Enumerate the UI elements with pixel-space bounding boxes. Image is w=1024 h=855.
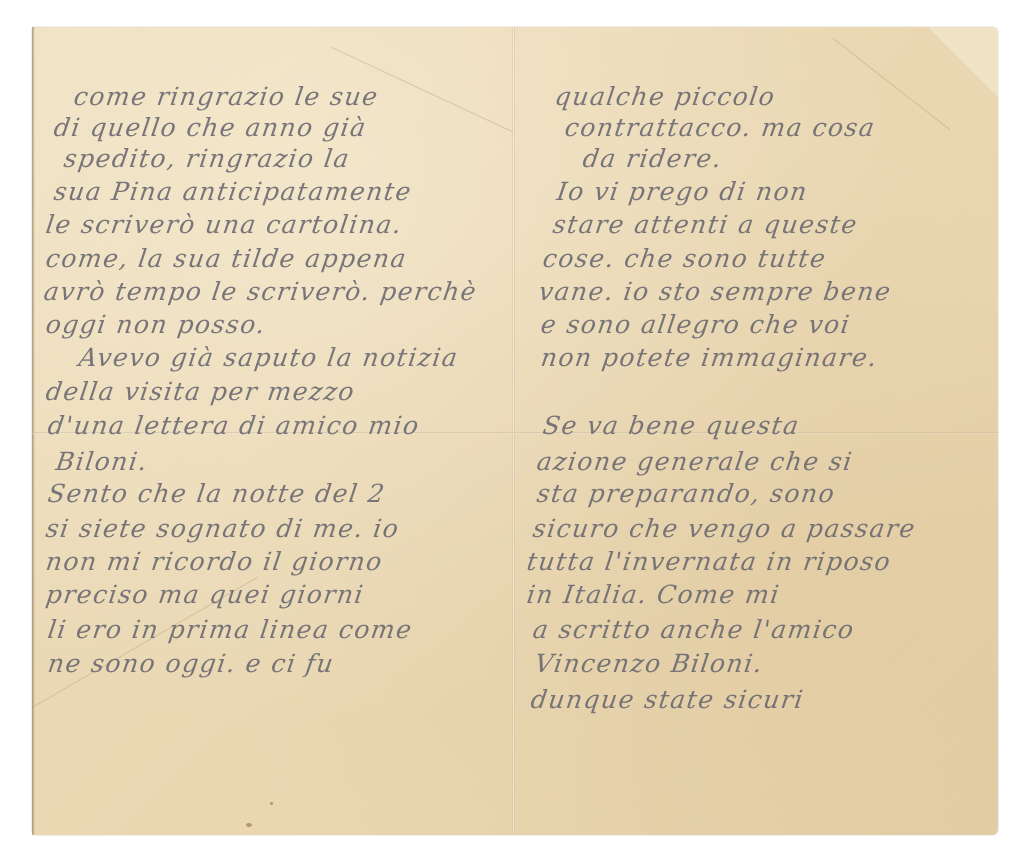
handwritten-line: come ringrazio le sue bbox=[72, 82, 381, 111]
handwritten-line: d'una lettera di amico mio bbox=[46, 411, 422, 440]
handwritten-line: tutta l'invernata in riposo bbox=[525, 547, 893, 576]
handwritten-line: sicuro che vengo a passare bbox=[531, 514, 918, 543]
handwritten-line: le scriverò una cartolina. bbox=[44, 210, 404, 239]
right-page: qualche piccolocontrattacco. ma cosada r… bbox=[513, 27, 998, 835]
handwritten-line: della visita per mezzo bbox=[44, 377, 357, 406]
handwritten-line: contrattacco. ma cosa bbox=[563, 113, 877, 142]
handwritten-line: Vincenzo Biloni. bbox=[533, 649, 765, 678]
handwritten-line: dunque state sicuri bbox=[529, 685, 806, 714]
handwritten-line: Avevo già saputo la notizia bbox=[77, 343, 461, 372]
handwritten-line: non potete immaginare. bbox=[539, 343, 880, 372]
handwritten-line: oggi non posso. bbox=[44, 310, 268, 339]
handwritten-line: si siete sognato di me. io bbox=[44, 514, 402, 543]
handwritten-line: ne sono oggi. e ci fu bbox=[46, 649, 336, 678]
handwritten-line: sta preparando, sono bbox=[535, 479, 837, 508]
letter-sheet: come ringrazio le suedi quello che anno … bbox=[32, 27, 998, 835]
handwritten-line: Sento che la notte del 2 bbox=[46, 479, 387, 508]
handwritten-line: da ridere. bbox=[581, 144, 724, 173]
handwritten-line: avrò tempo le scriverò. perchè bbox=[42, 277, 479, 306]
handwritten-line: e sono allegro che voi bbox=[539, 310, 852, 339]
handwritten-line: preciso ma quei giorni bbox=[44, 580, 366, 609]
handwritten-line: di quello che anno già bbox=[52, 113, 369, 142]
handwritten-line: come, la sua tilde appena bbox=[44, 244, 409, 273]
handwritten-line: cose. che sono tutte bbox=[541, 244, 829, 273]
handwritten-line: a scritto anche l'amico bbox=[531, 615, 857, 644]
handwritten-line: Se va bene questa bbox=[541, 411, 802, 440]
handwritten-line: Io vi prego di non bbox=[555, 177, 810, 206]
handwritten-line: sua Pina anticipatamente bbox=[52, 177, 414, 206]
handwritten-line: li ero in prima linea come bbox=[46, 615, 415, 644]
handwritten-line: stare attenti a queste bbox=[551, 210, 860, 239]
handwritten-line: Biloni. bbox=[54, 447, 150, 476]
handwritten-line: azione generale che si bbox=[535, 447, 855, 476]
handwritten-line: qualche piccolo bbox=[553, 82, 778, 111]
handwritten-line: vane. io sto sempre bene bbox=[537, 277, 893, 306]
handwritten-line: spedito, ringrazio la bbox=[62, 144, 352, 173]
handwritten-line: in Italia. Come mi bbox=[525, 580, 782, 609]
handwritten-line: non mi ricordo il giorno bbox=[44, 547, 385, 576]
left-page: come ringrazio le suedi quello che anno … bbox=[32, 27, 513, 835]
